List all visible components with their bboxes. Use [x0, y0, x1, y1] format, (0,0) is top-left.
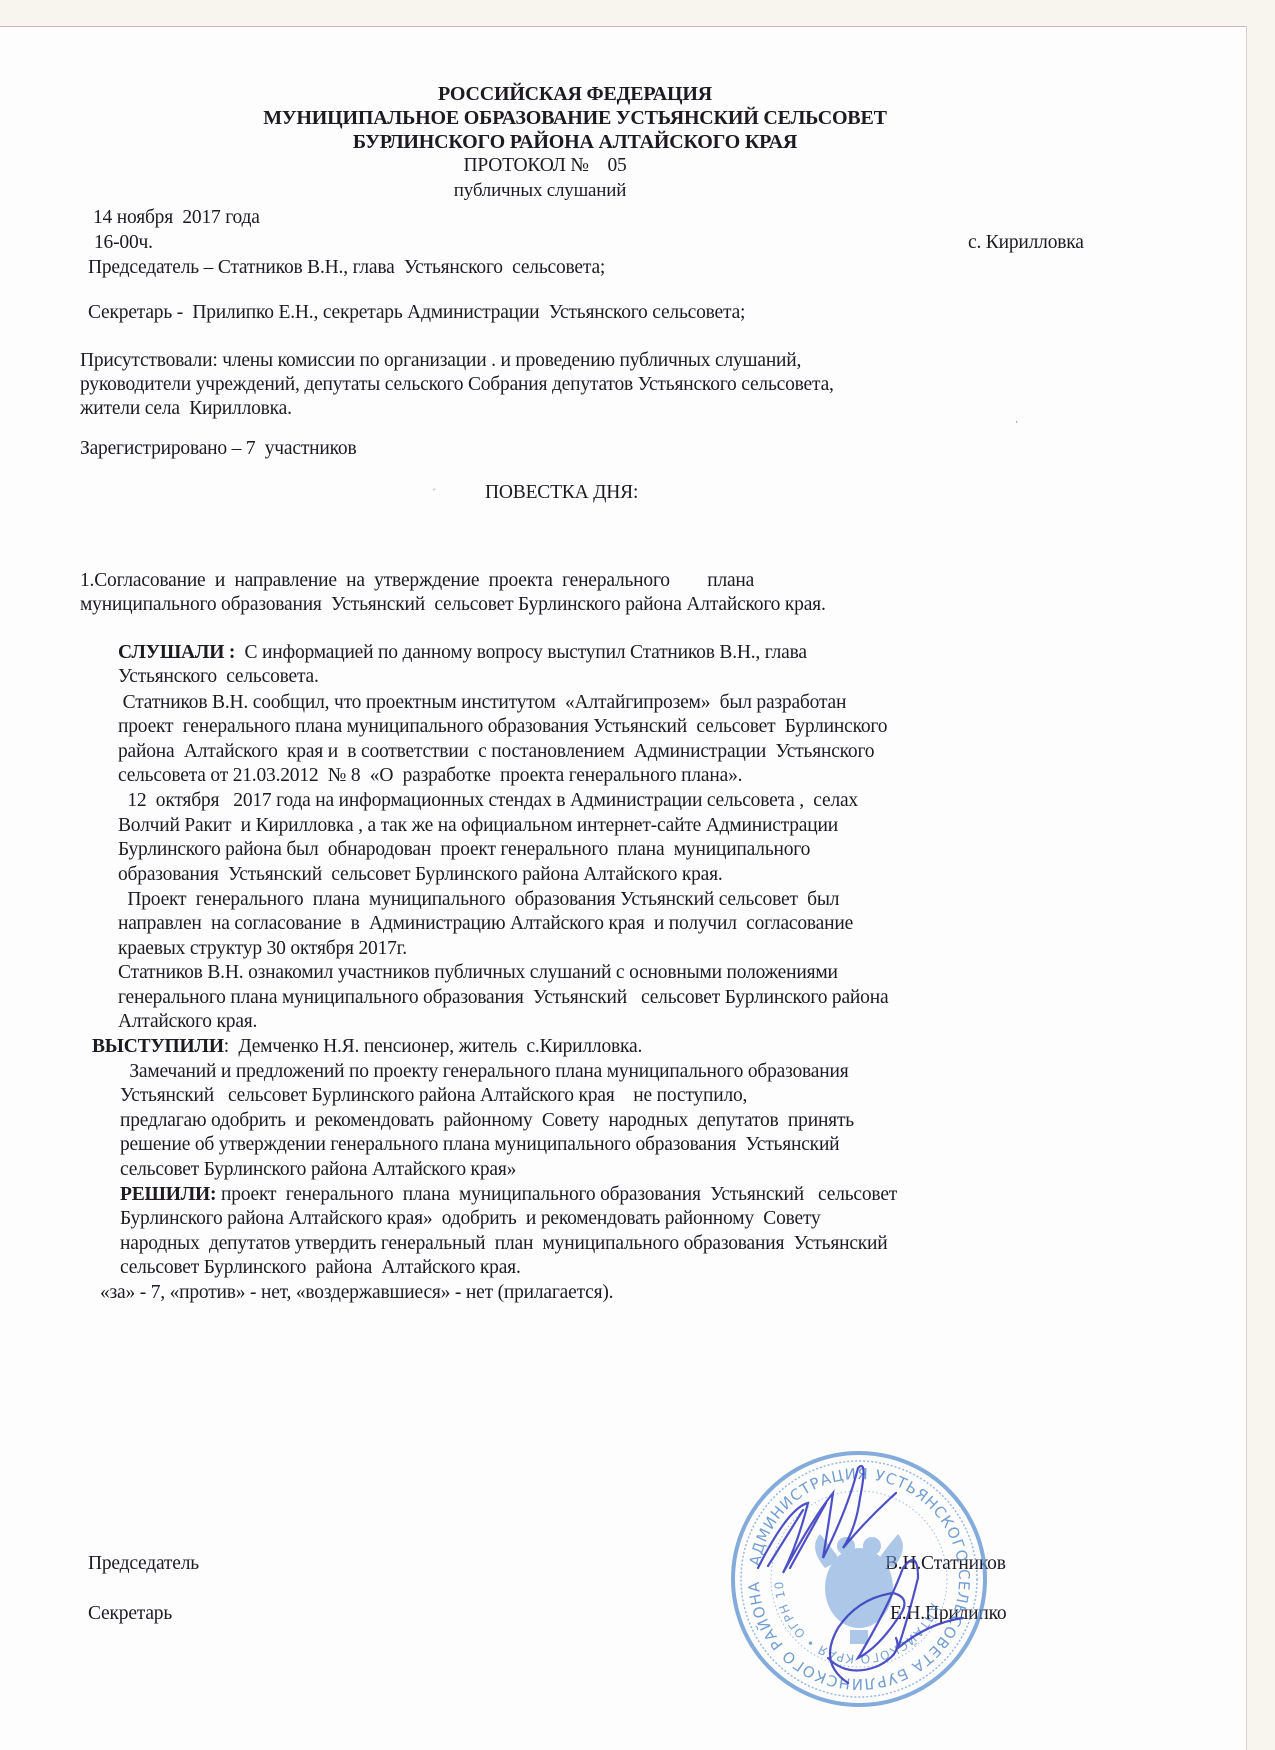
decided-first-line: РЕШИЛИ: проект генерального плана муници… [120, 1184, 897, 1206]
heard-line: Проект генерального плана муниципального… [118, 889, 839, 911]
meeting-place: с. Кирилловка [968, 232, 1084, 254]
spoke-text: : Демченко Н.Я. пенсионер, житель с.Кири… [224, 1036, 642, 1057]
heard-line: краевых структур 30 октября 2017г. [118, 938, 407, 960]
header-district: БУРЛИНСКОГО РАЙОНА АЛТАЙСКОГО КРАЯ [0, 131, 1150, 153]
spoke-line: предлагаю одобрить и рекомендовать район… [120, 1110, 854, 1132]
heard-line: направлен на согласование в Администраци… [118, 913, 853, 935]
scan-speck-icon: ⸱ [1015, 413, 1018, 430]
decided-line: народных депутатов утвердить генеральный… [120, 1233, 888, 1255]
spoke-line: Замечаний и предложений по проекту генер… [120, 1061, 849, 1083]
heard-line: проект генерального плана муниципального… [118, 716, 887, 738]
decided-line: сельсовет Бурлинского района Алтайского … [120, 1257, 521, 1279]
heard-line: Бурлинского района был обнародован проек… [118, 839, 810, 861]
attendees-line: жители села Кирилловка. [80, 398, 292, 420]
document-page [0, 26, 1247, 1750]
decided-label: РЕШИЛИ: [120, 1184, 216, 1205]
signature-chairman-role: Председатель [88, 1553, 199, 1575]
official-stamp-icon: АДМИНИСТРАЦИЯ УСТЬЯНСКОГО СЕЛЬСОВЕТА БУР… [728, 1448, 990, 1710]
header-municipality: МУНИЦИПАЛЬНОЕ ОБРАЗОВАНИЕ УСТЬЯНСКИЙ СЕЛ… [0, 107, 1150, 129]
spoke-line: Устьянский сельсовет Бурлинского района … [120, 1085, 747, 1107]
decided-text: проект генерального плана муниципального… [216, 1184, 897, 1205]
spoke-line: решение об утверждении генерального план… [120, 1134, 839, 1156]
agenda-item: 1.Согласование и направление на утвержде… [80, 570, 754, 592]
agenda-item: муниципального образования Устьянский се… [80, 594, 826, 616]
attendees-line: руководители учреждений, депутаты сельск… [80, 374, 834, 396]
scan-speck-icon: ˊ [432, 486, 436, 501]
heard-line: Статников В.Н. сообщил, что проектным ин… [118, 692, 846, 714]
protocol-subtitle: публичных слушаний [0, 180, 1115, 202]
chairman-line: Председатель – Статников В.Н., глава Уст… [88, 257, 605, 279]
vote-result: «за» - 7, «против» - нет, «воздержавшиес… [100, 1282, 613, 1304]
heard-line: Алтайского края. [118, 1011, 257, 1033]
header-country: РОССИЙСКАЯ ФЕДЕРАЦИЯ [0, 83, 1150, 105]
attendees-line: Присутствовали: члены комиссии по органи… [80, 350, 801, 372]
heard-text: С информацией по данному вопросу выступи… [235, 642, 807, 663]
spoke-line: сельсовет Бурлинского района Алтайского … [120, 1159, 516, 1181]
heard-label: СЛУШАЛИ : [118, 642, 235, 663]
heard-line: образования Устьянский сельсовет Бурлинс… [118, 864, 723, 886]
heard-line: района Алтайского края и в соответствии … [118, 741, 874, 763]
heard-line: Статников В.Н. ознакомил участников публ… [118, 962, 838, 984]
heard-line: генерального плана муниципального образо… [118, 987, 888, 1009]
agenda-title: ПОВЕСТКА ДНЯ: [485, 482, 638, 504]
heard-line: сельсовета от 21.03.2012 № 8 «О разработ… [118, 765, 742, 787]
meeting-date: 14 ноября 2017 года [93, 207, 260, 229]
heard-first-line: СЛУШАЛИ : С информацией по данному вопро… [118, 642, 807, 664]
heard-line: 12 октября 2017 года на информационных с… [118, 790, 858, 812]
spoke-label: ВЫСТУПИЛИ [92, 1036, 224, 1057]
meeting-time: 16-00ч. [94, 232, 153, 254]
decided-line: Бурлинского района Алтайского края» одоб… [120, 1208, 821, 1230]
registered-count: Зарегистрировано – 7 участников [80, 438, 356, 460]
secretary-line: Секретарь - Прилипко Е.Н., секретарь Адм… [88, 302, 745, 324]
spoke-first-line: ВЫСТУПИЛИ: Демченко Н.Я. пенсионер, жите… [92, 1036, 642, 1058]
protocol-number: ПРОТОКОЛ № 05 [0, 155, 1120, 177]
heard-line: Волчий Ракит и Кирилловка , а так же на … [118, 815, 838, 837]
heard-line: Устьянского сельсовета. [118, 666, 319, 688]
signature-secretary-role: Секретарь [88, 1603, 172, 1625]
